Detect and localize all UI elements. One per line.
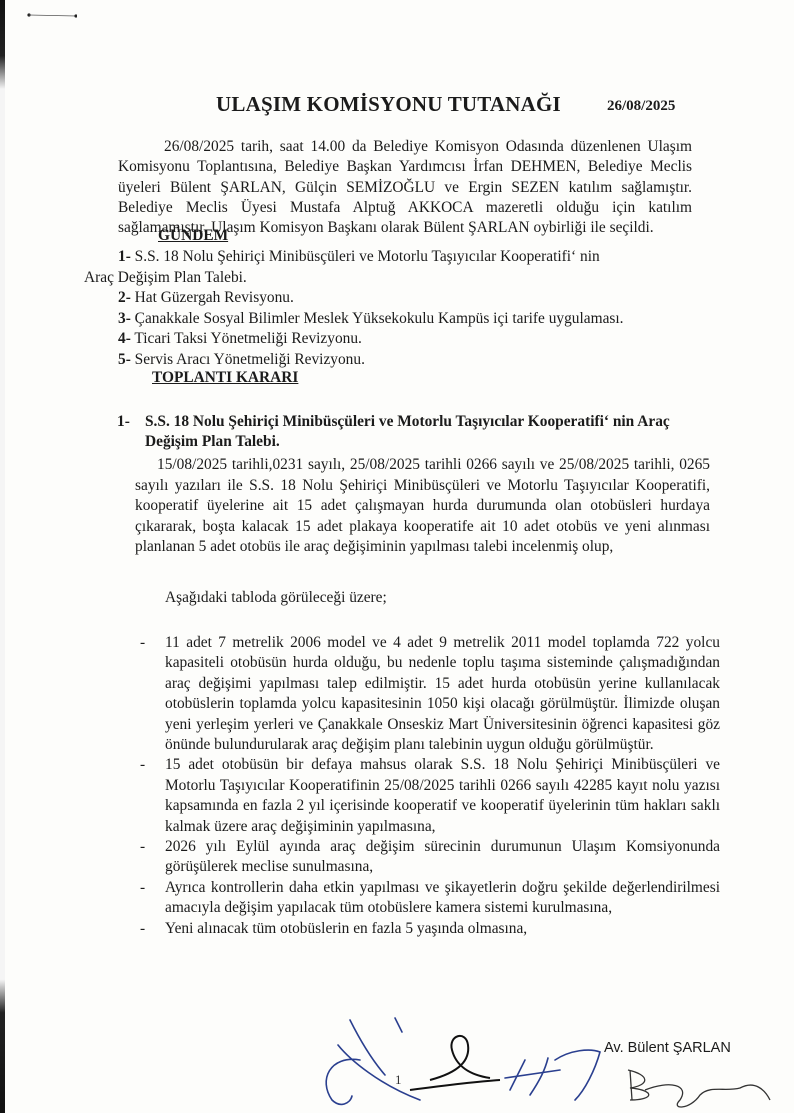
page-number: 1 — [395, 1072, 402, 1088]
decision-body: 15/08/2025 tarihli,0231 sayılı, 25/08/20… — [135, 455, 710, 558]
bullet-item: - 15 adet otobüsün bir defaya mahsus ola… — [140, 755, 720, 837]
agenda-item: 4- Ticari Taksi Yönetmeliği Revizyonu. — [84, 329, 724, 350]
agenda-heading: GÜNDEM — [158, 227, 228, 245]
title-row: ULAŞIM KOMİSYONU TUTANAĞI 26/08/2025 — [0, 92, 794, 122]
decision-bullets: - 11 adet 7 metrelik 2006 model ve 4 ade… — [140, 633, 720, 939]
signer-name: Av. Bülent ŞARLAN — [604, 1040, 731, 1056]
intro-paragraph: 26/08/2025 tarih, saat 14.00 da Belediye… — [118, 137, 692, 238]
bullet-item: - 2026 yılı Eylül ayında araç değişim sü… — [140, 837, 720, 878]
agenda-item: 3- Çanakkale Sosyal Bilimler Meslek Yüks… — [84, 309, 724, 330]
bullet-item: - Yeni alınacak tüm otobüslerin en fazla… — [140, 919, 720, 939]
agenda-item: 2- Hat Güzergah Revisyonu. — [84, 288, 724, 309]
document-date: 26/08/2025 — [607, 98, 675, 115]
decision-title: 1-S.S. 18 Nolu Şehiriçi Minibüsçüleri ve… — [117, 412, 707, 452]
table-note: Aşağıdaki tabloda görüleceği üzere; — [165, 589, 387, 607]
agenda-item: 5- Servis Aracı Yönetmeliği Revizyonu. — [84, 350, 724, 371]
agenda-list: 1- S.S. 18 Nolu Şehiriçi Minibüsçüleri v… — [84, 247, 724, 370]
staple-mark-icon — [27, 11, 77, 21]
scan-edge — [0, 0, 5, 1113]
bullet-item: - 11 adet 7 metrelik 2006 model ve 4 ade… — [140, 633, 720, 755]
agenda-item: 1- S.S. 18 Nolu Şehiriçi Minibüsçüleri v… — [84, 247, 724, 288]
decision-heading: TOPLANTI KARARI — [152, 369, 298, 387]
document-page: ULAŞIM KOMİSYONU TUTANAĞI 26/08/2025 26/… — [0, 0, 794, 1113]
document-title: ULAŞIM KOMİSYONU TUTANAĞI — [216, 92, 561, 117]
bullet-item: - Ayrıca kontrollerin daha etkin yapılma… — [140, 878, 720, 919]
intro-text: 26/08/2025 tarih, saat 14.00 da Belediye… — [118, 137, 692, 238]
decision-item: 1-S.S. 18 Nolu Şehiriçi Minibüsçüleri ve… — [117, 412, 707, 452]
